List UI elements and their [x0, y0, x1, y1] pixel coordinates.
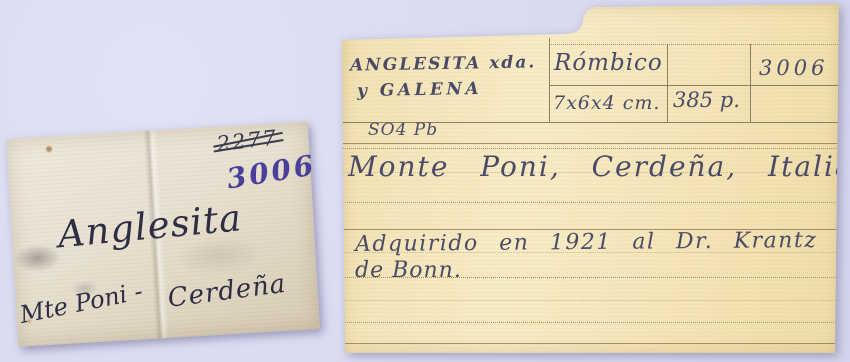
table-middle-line — [549, 85, 840, 86]
table-top-line — [549, 44, 840, 45]
card-mineral-name-line2: y GALENA — [357, 79, 482, 101]
rule-line — [342, 300, 840, 301]
specimen-label: 2277 3006 Anglesita Mte Poni - Cerdeña — [6, 121, 320, 347]
rule-line — [342, 148, 840, 149]
catalog-card: ANGLESITA xda. y GALENA Rómbico 3006 7x6… — [342, 4, 840, 353]
catalog-number: 3006 — [224, 148, 318, 195]
mineral-name: Anglesita — [56, 196, 244, 256]
card-catalog-number: 3006 — [759, 56, 828, 80]
card-locality: Monte Poni, Cerdeña, Italia — [348, 150, 850, 183]
rule-line — [342, 322, 840, 323]
photo-background: 2277 3006 Anglesita Mte Poni - Cerdeña — [0, 0, 850, 362]
table-divider-3 — [750, 44, 751, 122]
crystal-system: Rómbico — [554, 50, 663, 76]
specimen-dimensions: 7x6x4 cm. — [553, 92, 660, 114]
acquisition-note-line2: de Bonn. — [355, 258, 462, 283]
acquisition-note-line1: Adquirido en 1921 al Dr. Krantz — [355, 228, 818, 257]
table-divider-1 — [549, 38, 550, 122]
chemical-formula: SO4 Pb — [368, 120, 438, 140]
old-catalog-number: 2277 — [215, 125, 279, 156]
rule-line — [342, 202, 840, 203]
specimen-weight: 385 p. — [673, 88, 740, 112]
locality-prefix: Mte Poni - — [17, 277, 145, 329]
catalog-card-paper: ANGLESITA xda. y GALENA Rómbico 3006 7x6… — [342, 4, 840, 353]
card-mineral-name-line1: ANGLESITA xda. — [350, 52, 536, 75]
table-divider-2 — [667, 44, 668, 122]
rule-line — [342, 143, 840, 144]
locality-region: Cerdeña — [166, 269, 288, 314]
rule-line — [342, 343, 840, 344]
